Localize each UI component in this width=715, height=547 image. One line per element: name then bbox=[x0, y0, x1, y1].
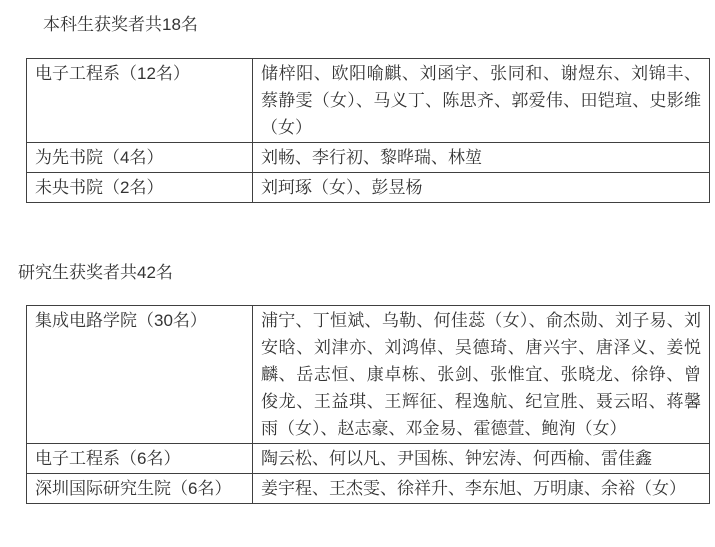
group-name-cell: 电子工程系（12名） bbox=[27, 59, 253, 143]
document-body: { "page": { "background_color": "#ffffff… bbox=[0, 0, 715, 547]
table-row: 集成电路学院（30名） 浦宁、丁恒斌、乌勒、何佳蕊（女）、俞杰勋、刘子易、刘安晗… bbox=[27, 306, 710, 444]
section-title-graduate: 研究生获奖者共42名 bbox=[18, 262, 715, 284]
winner-names-cell: 浦宁、丁恒斌、乌勒、何佳蕊（女）、俞杰勋、刘子易、刘安晗、刘津亦、刘鸿倬、吴德琦… bbox=[253, 306, 710, 444]
winner-names-cell: 刘畅、李行初、黎晔瑞、林堃 bbox=[253, 143, 710, 173]
winner-names-cell: 陶云松、何以凡、尹国栋、钟宏涛、何西榆、雷佳鑫 bbox=[253, 444, 710, 474]
document-page: 本科生获奖者共18名 电子工程系（12名） 储梓阳、欧阳喻麒、刘函宇、张同和、谢… bbox=[0, 0, 715, 504]
section-title-undergraduate: 本科生获奖者共18名 bbox=[43, 14, 715, 36]
winner-names-cell: 刘珂琢（女）、彭昱杨 bbox=[253, 173, 710, 203]
table-row: 电子工程系（12名） 储梓阳、欧阳喻麒、刘函宇、张同和、谢煜东、刘锦丰、蔡静雯（… bbox=[27, 59, 710, 143]
group-name-cell: 为先书院（4名） bbox=[27, 143, 253, 173]
group-name-cell: 集成电路学院（30名） bbox=[27, 306, 253, 444]
group-name-cell: 电子工程系（6名） bbox=[27, 444, 253, 474]
winner-names-cell: 储梓阳、欧阳喻麒、刘函宇、张同和、谢煜东、刘锦丰、蔡静雯（女）、马义丁、陈思齐、… bbox=[253, 59, 710, 143]
table-row: 电子工程系（6名） 陶云松、何以凡、尹国栋、钟宏涛、何西榆、雷佳鑫 bbox=[27, 444, 710, 474]
graduate-awards-table: 集成电路学院（30名） 浦宁、丁恒斌、乌勒、何佳蕊（女）、俞杰勋、刘子易、刘安晗… bbox=[26, 305, 710, 504]
table-row: 为先书院（4名） 刘畅、李行初、黎晔瑞、林堃 bbox=[27, 143, 710, 173]
undergraduate-awards-table: 电子工程系（12名） 储梓阳、欧阳喻麒、刘函宇、张同和、谢煜东、刘锦丰、蔡静雯（… bbox=[26, 58, 710, 203]
table-row: 深圳国际研究生院（6名） 姜宇程、王杰雯、徐祥升、李东旭、万明康、余裕（女） bbox=[27, 474, 710, 504]
group-name-cell: 未央书院（2名） bbox=[27, 173, 253, 203]
group-name-cell: 深圳国际研究生院（6名） bbox=[27, 474, 253, 504]
winner-names-cell: 姜宇程、王杰雯、徐祥升、李东旭、万明康、余裕（女） bbox=[253, 474, 710, 504]
table-row: 未央书院（2名） 刘珂琢（女）、彭昱杨 bbox=[27, 173, 710, 203]
